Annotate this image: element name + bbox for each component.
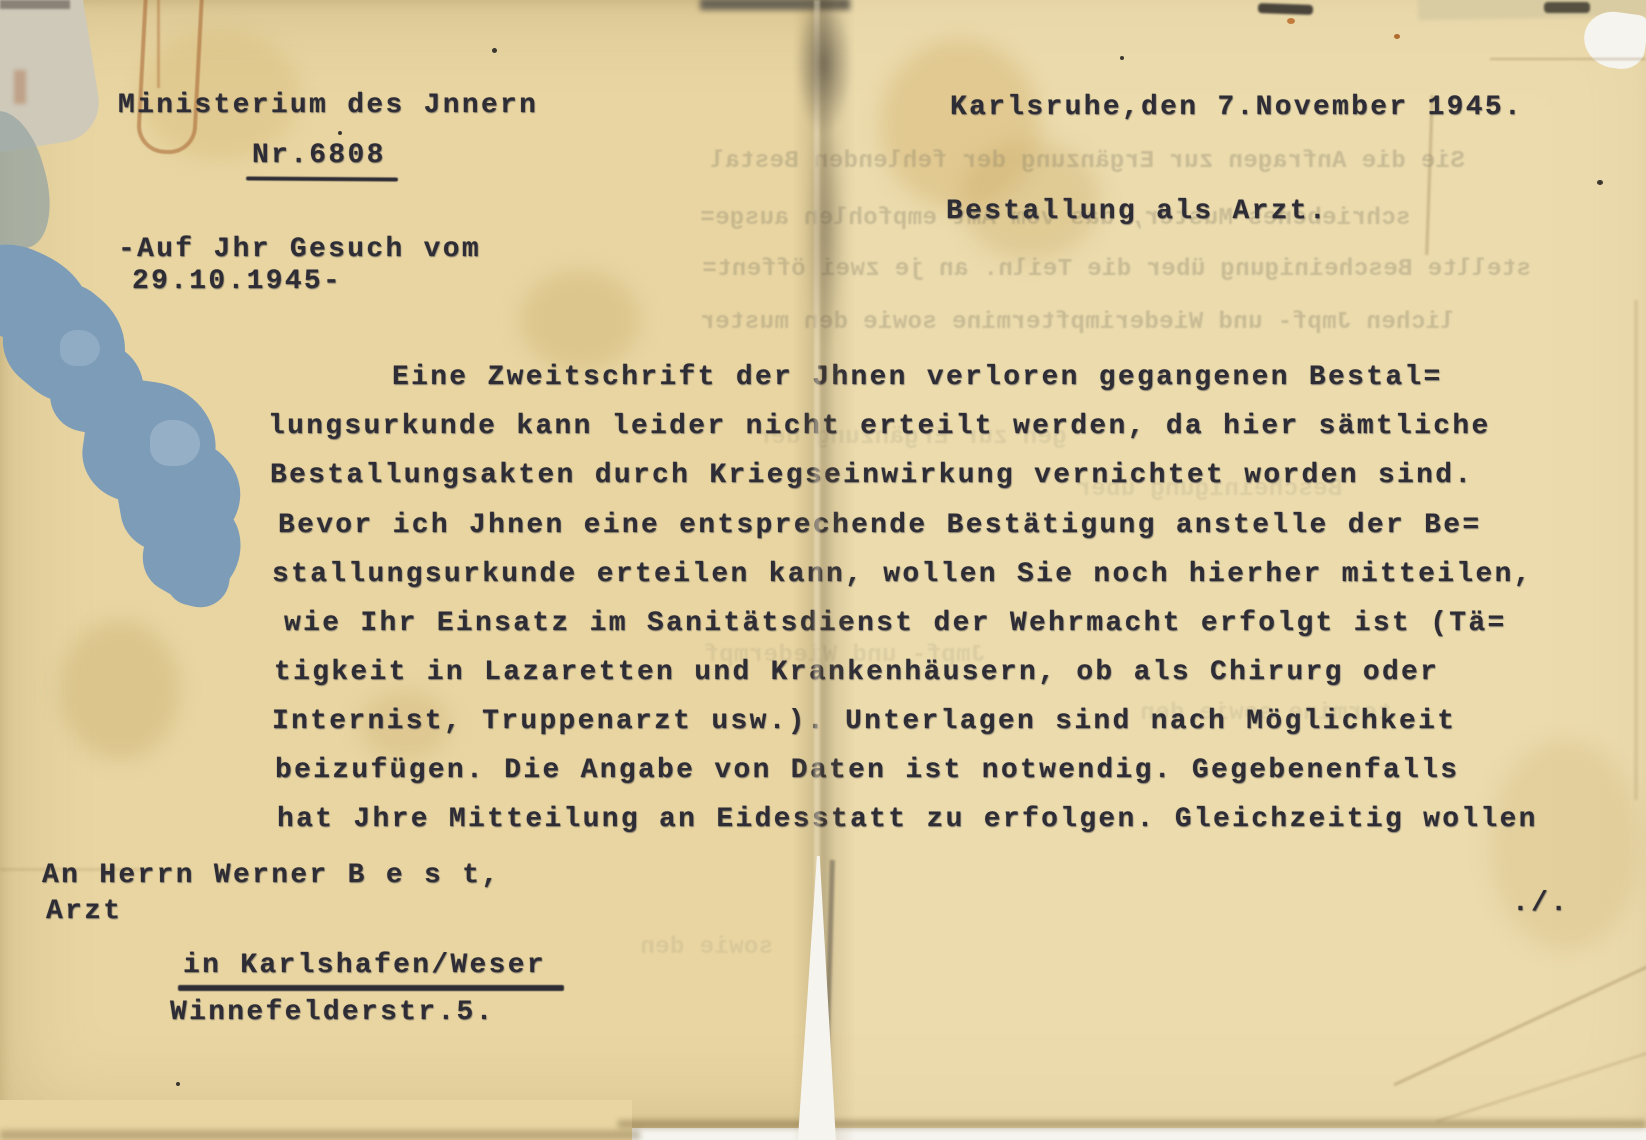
body-line: beizufügen. Die Angabe von Daten ist not…: [275, 755, 1459, 787]
rust-fleck: [1287, 18, 1295, 24]
ink-speck: [338, 131, 342, 135]
recipient-city: in Karlshafen/Weser: [183, 950, 546, 982]
recipient-street: Winnefelderstr.5.: [170, 997, 495, 1029]
body-line: Bestallungsakten durch Kriegseinwirkung …: [270, 460, 1473, 492]
continuation-mark: ./.: [1512, 888, 1569, 920]
dateline: Karlsruhe,den 7.November 1945.: [950, 92, 1523, 124]
crease-line: [1490, 58, 1646, 60]
recipient-title: Arzt: [46, 896, 122, 928]
body-line: Internist, Truppenarzt usw.). Unterlagen…: [272, 706, 1456, 738]
body-line: wie Ihr Einsatz im Sanitätsdienst der We…: [284, 608, 1507, 640]
paperclip-rust-mark: [136, 0, 205, 155]
paper-edge-shadow: [0, 1130, 640, 1140]
request-reference-line: -Auf Jhr Gesuch vom: [118, 234, 481, 266]
paperclip-rust-mark: [157, 0, 160, 88]
recipient-name: An Herrn Werner B e s t,: [42, 860, 500, 892]
subject-line: Bestallung als Arzt.: [946, 196, 1328, 228]
ink-speck: [176, 1082, 180, 1086]
crease-line: [1634, 300, 1638, 800]
scanned-letter: Sie die Anfragen zur Ergänzung der fehle…: [0, 0, 1646, 1140]
scan-edge-mark: [0, 0, 70, 9]
body-line: tigkeit in Lazaretten und Krankenhäusern…: [274, 657, 1439, 689]
request-reference-date: 29.10.1945-: [132, 266, 342, 298]
stain-wash: [60, 620, 180, 760]
paper-edge-shadow: [618, 1120, 1646, 1128]
body-line: stallungsurkunde erteilen kann, wollen S…: [272, 559, 1533, 591]
scan-edge-mark: [1544, 2, 1590, 13]
ink-speck: [492, 48, 497, 53]
recipient-city-underline: [178, 985, 564, 991]
sender-line: Ministerium des Jnnern: [118, 90, 538, 122]
body-line: Bevor ich Jhnen eine entsprechende Bestä…: [278, 510, 1481, 542]
body-line: Eine Zweitschrift der Jhnen verloren geg…: [392, 362, 1443, 394]
bleedthrough-fragment: sowie den: [640, 934, 773, 961]
rust-fleck: [1394, 34, 1400, 39]
ink-speck: [1120, 56, 1124, 60]
rust-fleck: [14, 70, 26, 104]
file-number: Nr.6808: [252, 140, 386, 172]
body-line: lungsurkunde kann leider nicht erteilt w…: [268, 411, 1491, 443]
stain-wash: [520, 270, 640, 370]
fold-smudge: [806, 108, 846, 348]
body-line: hat Jhre Mitteilung an Eidesstatt zu erf…: [277, 804, 1538, 836]
scan-edge-mark: [1258, 3, 1313, 15]
ink-speck: [1597, 180, 1603, 185]
